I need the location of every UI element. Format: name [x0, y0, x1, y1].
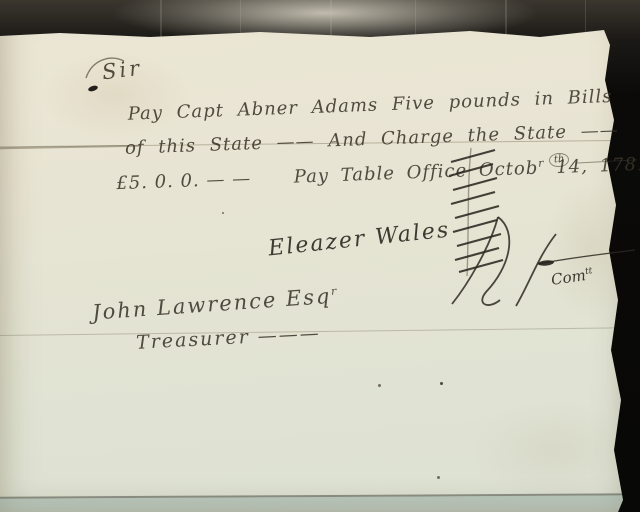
handwritten-ink-layer: Sir Pay Capt Abner Adams Five pounds in …: [0, 0, 640, 512]
order-line-1: Pay Capt Abner Adams Five pounds in Bill…: [127, 86, 612, 125]
addressee-name-superscript: r: [331, 284, 339, 297]
signature-flourish: [438, 212, 638, 312]
amount-figure: £5. 0. 0. — —: [116, 168, 252, 194]
photograph-of-document: Sir Pay Capt Abner Adams Five pounds in …: [0, 0, 640, 512]
order-line-2: of this State —— And Charge the State ——: [125, 120, 619, 159]
committee-superscript: tt: [584, 266, 593, 277]
